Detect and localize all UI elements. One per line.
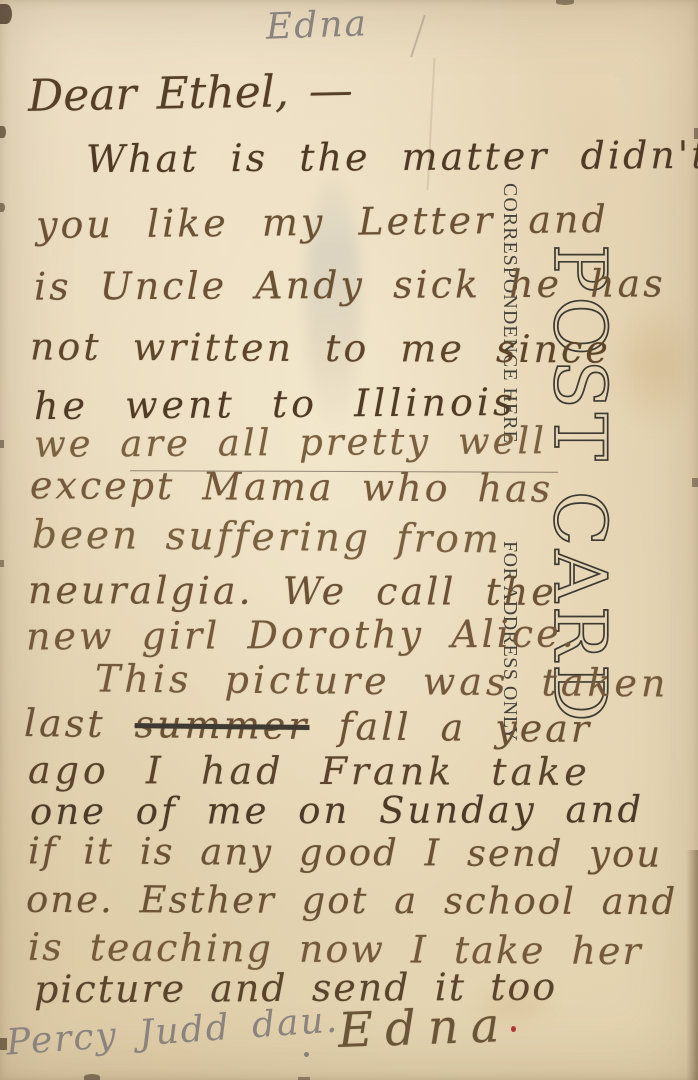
edge-speck — [692, 478, 698, 487]
gray-speck — [304, 1052, 309, 1057]
edge-speck — [0, 440, 4, 448]
greeting-line: Dear Ethel, — — [28, 69, 354, 119]
edge-speck — [84, 1074, 100, 1080]
struck-word: summer — [134, 702, 309, 748]
strike-line-pre: last — [24, 701, 106, 746]
handwriting-line: ago I had Frank take — [28, 751, 591, 791]
right-edge-shadow — [686, 850, 698, 1080]
handwriting-line: This picture was taken — [95, 659, 670, 702]
handwriting-line: is Uncle Andy sick he has — [34, 264, 666, 305]
handwriting-line: if it is any good I send you — [28, 832, 662, 872]
bottom-pencil-attribution: Percy Judd dau. — [5, 1002, 340, 1061]
edge-speck — [0, 203, 5, 212]
edge-speck — [0, 126, 6, 138]
handwriting-line: one of me on Sunday and — [30, 791, 644, 830]
handwriting-line: been suffering from — [32, 516, 502, 560]
handwriting-line: he went to Illinois — [34, 383, 517, 425]
top-pencil-name: Edna — [265, 6, 368, 46]
postcard: CORRESPONDENCE HERE POSTCARD FOR ADDRESS… — [0, 0, 698, 1080]
handwriting-line: What is the matter didn't — [86, 136, 698, 178]
handwriting-line: we are all pretty well — [34, 422, 547, 463]
edge-speck — [0, 4, 12, 24]
edge-speck — [0, 560, 4, 567]
handwriting-line: neuralgia. We call the — [28, 571, 557, 611]
handwriting-line-with-strikethrough: last summer fall a year — [24, 704, 592, 748]
pencil-scratch-mark — [410, 15, 425, 57]
handwriting-line: you like my Letter and — [36, 200, 609, 244]
signature: Edna — [337, 1001, 512, 1055]
edge-speck — [556, 0, 574, 5]
handwriting-line: one. Esther got a school and — [26, 881, 677, 920]
handwriting-line: new girl Dorothy Alice. — [26, 615, 577, 656]
handwriting-line: not written to me since — [30, 327, 611, 368]
red-speck — [511, 1026, 516, 1032]
strike-line-post: fall a year — [338, 704, 592, 751]
handwriting-line: except Mama who has — [30, 466, 554, 508]
